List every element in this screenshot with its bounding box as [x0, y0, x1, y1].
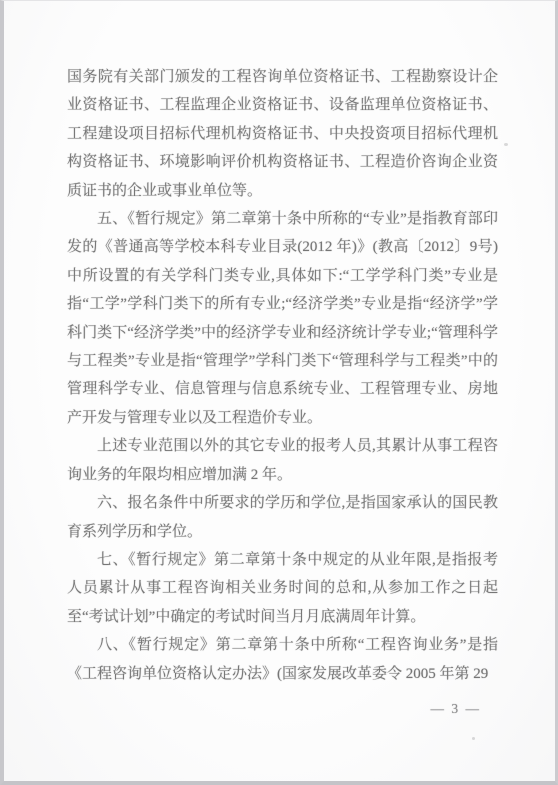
scan-speck	[472, 737, 475, 740]
scan-speck	[504, 143, 508, 146]
paragraph-item-5-majors: 五、《暂行规定》第二章第十条中所称的“专业”是指教育部印发的《普通高等学校本科专…	[67, 205, 498, 432]
page-number: — 3 —	[431, 701, 482, 717]
scanned-document-page: 国务院有关部门颁发的工程咨询单位资格证书、工程勘察设计企业资格证书、工程监理企业…	[0, 0, 558, 785]
paragraph-item-7-work-years: 七、《暂行规定》第二章第十条中规定的从业年限,是指报考人员累计从事工程咨询相关业…	[67, 546, 498, 631]
paragraph-item-8-consulting-business: 八、《暂行规定》第二章第十条中所称“工程咨询业务”是指《工程咨询单位资格认定办法…	[67, 631, 498, 688]
document-body-text: 国务院有关部门颁发的工程咨询单位资格证书、工程勘察设计企业资格证书、工程监理企业…	[67, 63, 498, 688]
paragraph-item-6-education: 六、报名条件中所要求的学历和学位,是指国家承认的国民教育系列学历和学位。	[67, 489, 498, 546]
paragraph-certificates-continuation: 国务院有关部门颁发的工程咨询单位资格证书、工程勘察设计企业资格证书、工程监理企业…	[67, 63, 498, 205]
paragraph-other-majors-note: 上述专业范围以外的其它专业的报考人员,其累计从事工程咨询业务的年限均相应增加满 …	[67, 432, 498, 489]
